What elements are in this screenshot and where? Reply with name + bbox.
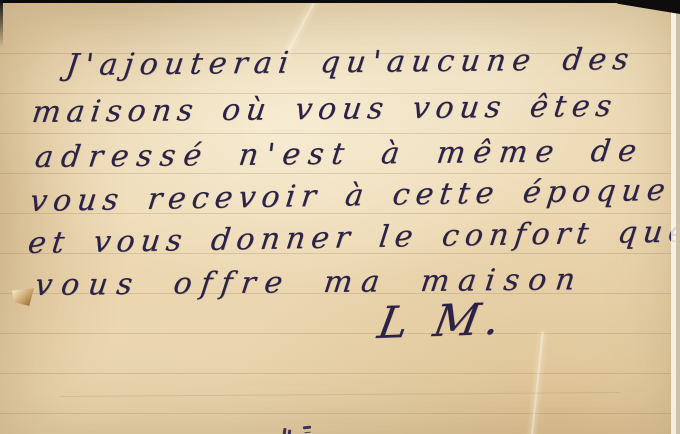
photo-edge-left: [0, 0, 3, 48]
signature: L M.: [374, 294, 510, 349]
handwritten-line-2: maisons où vous vous êtes: [30, 89, 619, 130]
photo-edge-right: [676, 12, 680, 434]
handwritten-line-1: J'ajouterai qu'aucune des: [64, 42, 637, 83]
photo-frame: J'ajouterai qu'aucune des maisons où vou…: [0, 0, 680, 434]
handwritten-line-3: adressé n'est à même de: [33, 134, 646, 175]
photo-edge-top: [0, 0, 680, 3]
letter-paper: J'ajouterai qu'aucune des maisons où vou…: [0, 2, 680, 434]
